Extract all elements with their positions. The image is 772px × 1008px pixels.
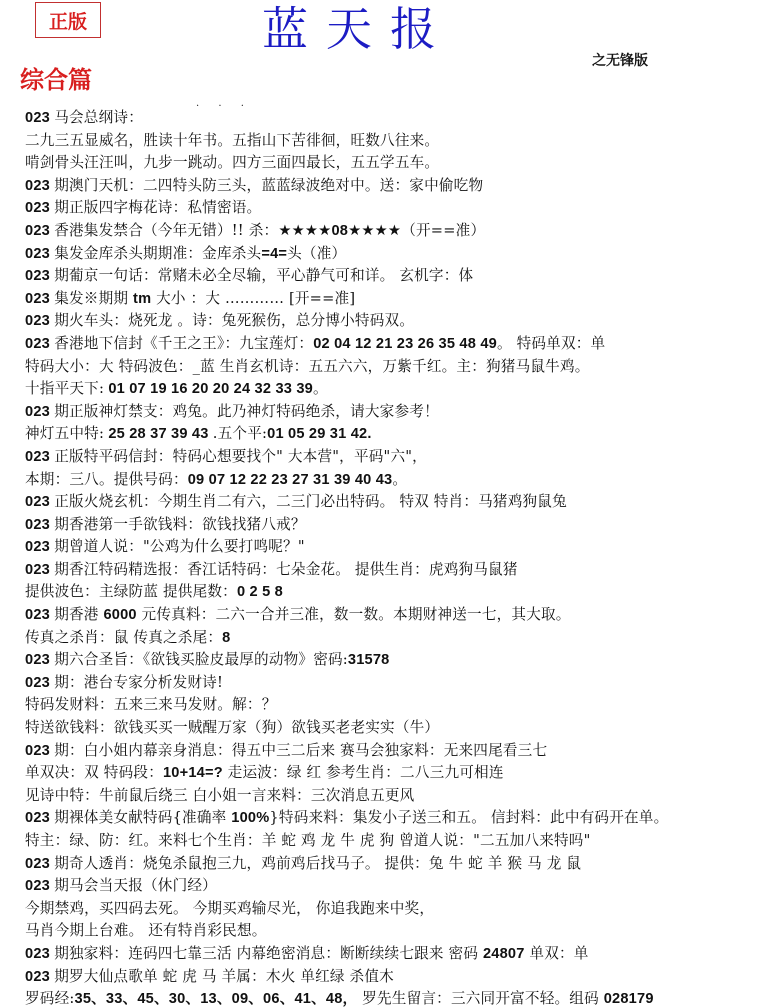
- bold-segment: ★★★★08★★★★: [278, 223, 401, 239]
- text-segment: 。 特码单双：单: [497, 335, 605, 352]
- bold-segment: 023: [25, 743, 54, 759]
- text-line: 023 集发※期期 tm 大小 ：大 ………… [开==准]: [25, 288, 765, 311]
- bold-segment: 31578: [348, 652, 390, 668]
- text-line: 023 期：白小姐内幕亲身消息：得五中三二后来 赛马会独家料：无来四尾看三七: [25, 740, 765, 763]
- bold-segment: 023: [25, 268, 54, 284]
- text-line: 二九三五显威名，胜读十年书。五指山下苦徘徊，旺数八往来。: [25, 130, 765, 153]
- bold-segment: 023: [25, 675, 54, 691]
- text-line: 023 期葡京一句话：常赌未必全尽输，平心静气可和详。 玄机字：体: [25, 265, 765, 288]
- bold-segment: 100%: [231, 810, 269, 826]
- text-line: 十指平天下: 01 07 19 16 20 20 24 32 33 39。: [25, 378, 765, 401]
- page-header: 正版 蓝天报 之无锋版 综合篇 . . .: [0, 0, 772, 108]
- text-segment: 大小 ：大 ………… [开==准]: [151, 290, 355, 307]
- text-line: 特码发财料：五来三来马发财。解：？: [25, 694, 765, 717]
- text-line: 今期禁鸡，买四码去死。 今期买鸡输尽光， 你追我跑来中奖，: [25, 898, 765, 921]
- text-segment: 期曾道人说："公鸡为什么要打鸣呢？": [54, 538, 305, 555]
- text-segment: 罗先生留言：三六同开富不轻。组码: [357, 990, 603, 1007]
- text-segment: 期：港台专家分析发财诗!: [54, 674, 223, 691]
- text-segment: 元传真料：二六一合并三准，数一数。本期财神送一七，其大取。: [137, 606, 571, 623]
- text-line: 023 正版火烧玄机：今期生肖二有六，二三门必出特码。 特双 特肖：马猪鸡狗鼠兔: [25, 491, 765, 514]
- text-segment: 啃剑骨头汪汪叫，九步一跳动。四方三面四最长，五五学五车。: [25, 154, 439, 171]
- bold-segment: 023: [25, 607, 54, 623]
- bold-segment: 023: [25, 178, 54, 194]
- text-segment: .五个平:: [213, 425, 267, 442]
- text-segment: 期葡京一句话：常赌未必全尽输，平心静气可和详。 玄机字：体: [54, 267, 473, 284]
- text-line: 特主：绿、防：红。来料七个生肖：羊 蛇 鸡 龙 牛 虎 狗 曾道人说："二五加八…: [25, 830, 765, 853]
- text-segment: 正版特平码信封：特码心想要找个" 大本营"，平码"六"，: [54, 448, 427, 465]
- bold-segment: 8: [222, 630, 230, 646]
- text-segment: 头（准）: [287, 245, 346, 262]
- text-line: 023 香港集发禁合（今年无错）!! 杀：★★★★08★★★★（开==准）: [25, 220, 765, 243]
- text-line: 023 期香港第一手欲钱料：欲钱找猪八戒？: [25, 514, 765, 537]
- text-line: 传真之杀肖：鼠 传真之杀尾：8: [25, 627, 765, 650]
- text-segment: 特码大小：大 特码波色：_蓝 生肖玄机诗：五五六六，万紫千红。主：狗猪马鼠牛鸡。: [25, 358, 590, 375]
- edition-label: 之无锋版: [592, 50, 648, 70]
- text-line: 神灯五中特: 25 28 37 39 43 .五个平:01 05 29 31 4…: [25, 423, 765, 446]
- text-segment: 特主：绿、防：红。来料七个生肖：羊 蛇 鸡 龙 牛 虎 狗 曾道人说："二五加八…: [25, 832, 590, 849]
- text-segment: 期六合圣旨：《欲钱买脸皮最厚的动物》密码:: [54, 651, 348, 668]
- text-segment: 。: [313, 380, 328, 397]
- bold-segment: 023: [25, 517, 54, 533]
- page-title: 蓝天报: [262, 2, 454, 56]
- text-segment: 特码发财料：五来三来马发财。解：？: [25, 696, 277, 713]
- bold-segment: 023: [25, 652, 54, 668]
- bold-segment: 01 05 29 31 42.: [267, 426, 371, 442]
- bold-segment: 023: [25, 494, 54, 510]
- text-segment: 期澳门天机：二四特头防三头，蓝蓝绿波绝对中。送：家中偷吃物: [54, 177, 483, 194]
- bold-segment: 6000: [103, 607, 136, 623]
- text-segment: 期罗大仙点歌单 蛇 虎 马 羊属：木火 单红绿 杀值木: [54, 968, 394, 985]
- bold-segment: 023: [25, 336, 54, 352]
- text-segment: 马肖今期上台难。 还有特肖彩民想。: [25, 922, 267, 939]
- bold-segment: 023: [25, 539, 54, 555]
- text-line: 023 期澳门天机：二四特头防三头，蓝蓝绿波绝对中。送：家中偷吃物: [25, 175, 765, 198]
- bold-segment: 02 04 12 21 23 26 35 48 49: [313, 336, 497, 352]
- text-segment: 香港地下信封《千王之王》：九宝莲灯：: [54, 335, 313, 352]
- bold-segment: 24807: [483, 946, 525, 962]
- bold-segment: 01 07 19 16 20 20 24 32 33 39: [104, 381, 313, 397]
- bold-segment: 10+14=?: [163, 765, 223, 781]
- bold-segment: 023: [25, 291, 54, 307]
- text-segment: 期马会当天报（休门经）: [54, 877, 217, 894]
- bold-segment: tm: [133, 291, 151, 307]
- bold-segment: 023: [25, 404, 54, 420]
- bold-segment: 023: [25, 946, 54, 962]
- bold-segment: 09 07 12 22 23 27 31 39 40 43: [188, 472, 393, 488]
- text-segment: 神灯五中特:: [25, 425, 104, 442]
- text-segment: 传真之杀肖：鼠 传真之杀尾：: [25, 629, 222, 646]
- text-segment: 单双决：双 特码段：: [25, 764, 163, 781]
- text-line: 023 期香江特码精选报：香江话特码：七朵金花。 提供生肖：虎鸡狗马鼠猪: [25, 559, 765, 582]
- text-line: 023 期裸体美女献特码{准确率 100%}特码来料：集发小子送三和五。 信封料…: [25, 807, 765, 830]
- text-line: 特码大小：大 特码波色：_蓝 生肖玄机诗：五五六六，万紫千红。主：狗猪马鼠牛鸡。: [25, 356, 765, 379]
- text-segment: 今期禁鸡，买四码去死。 今期买鸡输尽光， 你追我跑来中奖，: [25, 900, 434, 917]
- text-segment: 提供波色：主绿防蓝 提供尾数：: [25, 583, 237, 600]
- text-line: 见诗中特：牛前鼠后绕三 白小姐一言来料：三次消息五更风: [25, 785, 765, 808]
- bold-segment: =4=: [261, 246, 287, 262]
- bold-segment: 023: [25, 223, 54, 239]
- text-line: 023 期正版四字梅花诗：私情密语。: [25, 197, 765, 220]
- text-segment: （开==准）: [401, 222, 485, 239]
- bold-segment: 028179: [604, 991, 654, 1007]
- text-segment: 期火车头：烧死龙 。诗：兔死猴伤，总分博小特码双。: [54, 312, 414, 329]
- authentic-stamp: 正版: [35, 2, 101, 38]
- bold-segment: 023: [25, 562, 54, 578]
- text-line: 023 期马会当天报（休门经）: [25, 875, 765, 898]
- text-line: 提供波色：主绿防蓝 提供尾数：0 2 5 8: [25, 581, 765, 604]
- text-line: 单双决：双 特码段：10+14=? 走运波：绿 红 参考生肖：二八三九可相连: [25, 762, 765, 785]
- text-segment: 期奇人透肖：烧兔杀鼠抱三九，鸡前鸡后找马子。 提供：兔 牛 蛇 羊 猴 马 龙 …: [54, 855, 581, 872]
- text-line: 023 期曾道人说："公鸡为什么要打鸣呢？": [25, 536, 765, 559]
- text-segment: 特送欲钱料：欲钱买买一贼醒万家（狗）欲钱买老老实实（牛）: [25, 719, 439, 736]
- text-line: 023 期：港台专家分析发财诗!: [25, 672, 765, 695]
- bold-segment: 023: [25, 449, 54, 465]
- text-line: 本期：三八。提供号码：09 07 12 22 23 27 31 39 40 43…: [25, 469, 765, 492]
- text-segment: }特码来料：集发小子送三和五。 信封料：此中有码开在单。: [269, 809, 668, 826]
- text-segment: 单双：单: [525, 945, 589, 962]
- text-segment: 。: [392, 471, 407, 488]
- text-line: 023 期香港 6000 元传真料：二六一合并三准，数一数。本期财神送一七，其大…: [25, 604, 765, 627]
- bold-segment: 023: [25, 246, 54, 262]
- text-line: 023 期正版神灯禁支：鸡兔。此乃神灯特码绝杀，请大家参考！: [25, 401, 765, 424]
- text-segment: 期正版神灯禁支：鸡兔。此乃神灯特码绝杀，请大家参考！: [54, 403, 439, 420]
- bold-segment: 023: [25, 110, 54, 126]
- text-line: 023 期独家料：连码四七靠三活 内幕绝密消息：断断续续七跟来 密码 24807…: [25, 943, 765, 966]
- text-line: 特送欲钱料：欲钱买买一贼醒万家（狗）欲钱买老老实实（牛）: [25, 717, 765, 740]
- bold-segment: 35、33、45、30、13、09、06、41、48，: [75, 991, 358, 1007]
- text-line: 023 期火车头：烧死龙 。诗：兔死猴伤，总分博小特码双。: [25, 310, 765, 333]
- text-segment: 期独家料：连码四七靠三活 内幕绝密消息：断断续续七跟来 密码: [54, 945, 483, 962]
- text-segment: 期裸体美女献特码{准确率: [54, 809, 231, 826]
- bold-segment: 023: [25, 313, 54, 329]
- text-segment: 期正版四字梅花诗：私情密语。: [54, 199, 261, 216]
- text-line: 023 期六合圣旨：《欲钱买脸皮最厚的动物》密码:31578: [25, 649, 765, 672]
- bold-segment: 0 2 5 8: [237, 584, 283, 600]
- text-line: 023 期罗大仙点歌单 蛇 虎 马 羊属：木火 单红绿 杀值木: [25, 966, 765, 989]
- bold-segment: 023: [25, 810, 54, 826]
- text-segment: 见诗中特：牛前鼠后绕三 白小姐一言来料：三次消息五更风: [25, 787, 414, 804]
- text-line: 023 马会总纲诗：: [25, 107, 765, 130]
- text-segment: 香港集发禁合（今年无错）!! 杀：: [54, 222, 278, 239]
- text-segment: 期香江特码精选报：香江话特码：七朵金花。 提供生肖：虎鸡狗马鼠猪: [54, 561, 517, 578]
- text-line: 023 正版特平码信封：特码心想要找个" 大本营"，平码"六"，: [25, 446, 765, 469]
- text-segment: 二九三五显威名，胜读十年书。五指山下苦徘徊，旺数八往来。: [25, 132, 439, 149]
- text-segment: 正版火烧玄机：今期生肖二有六，二三门必出特码。 特双 特肖：马猪鸡狗鼠兔: [54, 493, 567, 510]
- bold-segment: 023: [25, 969, 54, 985]
- text-segment: 集发金库杀头期期准：金库杀头: [54, 245, 261, 262]
- text-line: 马肖今期上台难。 还有特肖彩民想。: [25, 920, 765, 943]
- text-segment: 集发※期期: [54, 290, 133, 307]
- text-segment: 期：白小姐内幕亲身消息：得五中三二后来 赛马会独家料：无来四尾看三七: [54, 742, 547, 759]
- bold-segment: 023: [25, 200, 54, 216]
- text-segment: 本期：三八。提供号码：: [25, 471, 188, 488]
- text-segment: 罗码经:: [25, 990, 75, 1007]
- text-line: 啃剑骨头汪汪叫，九步一跳动。四方三面四最长，五五学五车。: [25, 152, 765, 175]
- text-segment: 期香港: [54, 606, 103, 623]
- article-body: 023 马会总纲诗：二九三五显威名，胜读十年书。五指山下苦徘徊，旺数八往来。啃剑…: [25, 107, 765, 1008]
- bold-segment: 023: [25, 878, 54, 894]
- text-line: 023 集发金库杀头期期准：金库杀头=4=头（准）: [25, 243, 765, 266]
- text-line: 罗码经:35、33、45、30、13、09、06、41、48， 罗先生留言：三六…: [25, 988, 765, 1008]
- text-line: 023 香港地下信封《千王之王》：九宝莲灯：02 04 12 21 23 26 …: [25, 333, 765, 356]
- section-title: 综合篇: [20, 60, 92, 95]
- text-line: 023 期奇人透肖：烧兔杀鼠抱三九，鸡前鸡后找马子。 提供：兔 牛 蛇 羊 猴 …: [25, 853, 765, 876]
- text-segment: 十指平天下:: [25, 380, 104, 397]
- bold-segment: 023: [25, 856, 54, 872]
- text-segment: 马会总纲诗：: [54, 109, 143, 126]
- bold-segment: 25 28 37 39 43: [104, 426, 213, 442]
- text-segment: 走运波：绿 红 参考生肖：二八三九可相连: [223, 764, 504, 781]
- text-segment: 期香港第一手欲钱料：欲钱找猪八戒？: [54, 516, 306, 533]
